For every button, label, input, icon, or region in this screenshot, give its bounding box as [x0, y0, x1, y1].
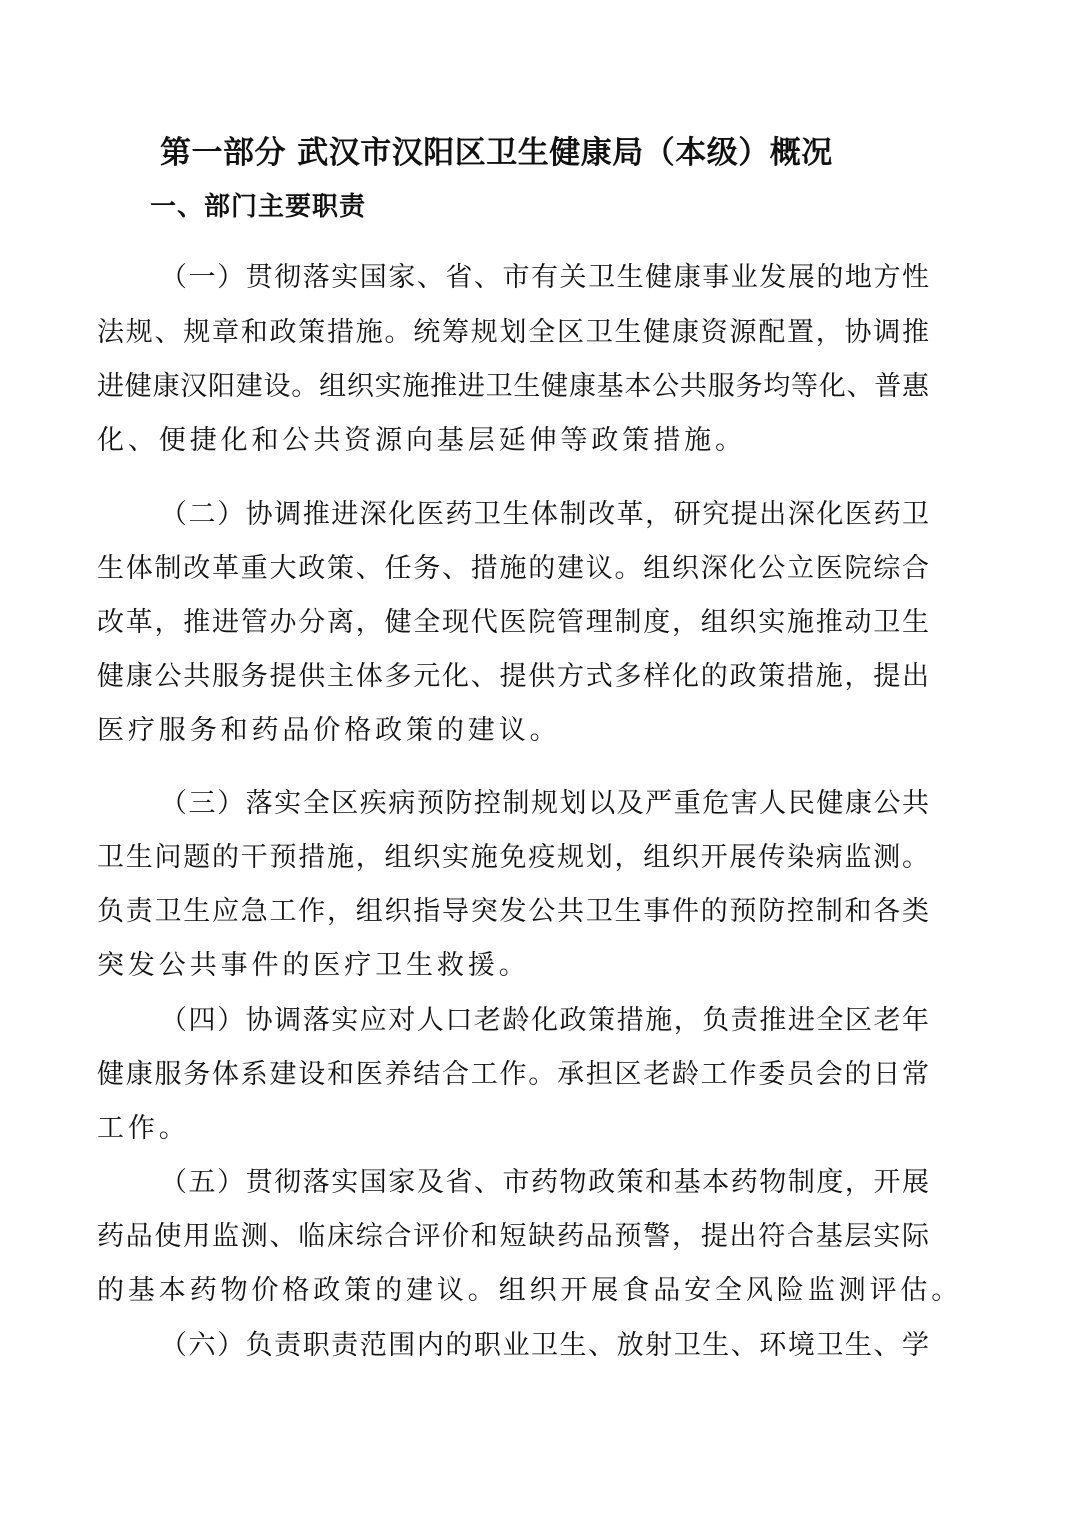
- paragraph-2-line-5: 医疗服务和药品价格政策的建议。: [97, 711, 561, 751]
- paragraph-3-line-1: （三）落实全区疾病预防控制规划以及严重危害人民健康公共: [160, 784, 929, 824]
- paragraph-5-line-1: （五）贯彻落实国家及省、市药物政策和基本药物制度，开展: [160, 1163, 929, 1203]
- paragraph-2-line-4: 健康公共服务提供主体多元化、提供方式多样化的政策措施，提出: [97, 657, 929, 697]
- page-title: 第一部分 武汉市汉阳区卫生健康局（本级）概况: [160, 131, 833, 175]
- paragraph-4-line-1: （四）协调落实应对人口老龄化政策措施，负责推进全区老年: [160, 1001, 929, 1041]
- paragraph-5-line-2: 药品使用监测、临床综合评价和短缺药品预警，提出符合基层实际: [97, 1217, 929, 1257]
- paragraph-1-line-4: 化、便捷化和公共资源向基层延伸等政策措施。: [97, 421, 746, 461]
- paragraph-2-line-1: （二）协调推进深化医药卫生体制改革，研究提出深化医药卫: [160, 495, 929, 535]
- paragraph-1-line-1: （一）贯彻落实国家、省、市有关卫生健康事业发展的地方性: [160, 258, 929, 298]
- paragraph-2-line-2: 生体制改革重大政策、任务、措施的建议。组织深化公立医院综合: [97, 549, 929, 589]
- paragraph-3-line-4: 突发公共事件的医疗卫生救援。: [97, 946, 530, 986]
- paragraph-2-line-3: 改革，推进管办分离，健全现代医院管理制度，组织实施推动卫生: [97, 603, 929, 643]
- paragraph-3-line-3: 负责卫生应急工作，组织指导突发公共卫生事件的预防控制和各类: [97, 892, 929, 932]
- paragraph-1-line-3: 进健康汉阳建设。组织实施推进卫生健康基本公共服务均等化、普惠: [97, 367, 929, 407]
- paragraph-1-line-2: 法规、规章和政策措施。统筹规划全区卫生健康资源配置，协调推: [97, 313, 929, 353]
- paragraph-6-line-1: （六）负责职责范围内的职业卫生、放射卫生、环境卫生、学: [160, 1326, 929, 1366]
- paragraph-5-line-3: 的基本药物价格政策的建议。组织开展食品安全风险监测评估。: [97, 1271, 962, 1311]
- paragraph-4-line-3: 工作。: [97, 1109, 190, 1149]
- paragraph-4-line-2: 健康服务体系建设和医养结合工作。承担区老龄工作委员会的日常: [97, 1055, 929, 1095]
- section-heading: 一、部门主要职责: [150, 187, 366, 227]
- document-page: 第一部分 武汉市汉阳区卫生健康局（本级）概况 一、部门主要职责 （一）贯彻落实国…: [0, 0, 1069, 1514]
- paragraph-3-line-2: 卫生问题的干预措施，组织实施免疫规划，组织开展传染病监测。: [97, 838, 929, 878]
